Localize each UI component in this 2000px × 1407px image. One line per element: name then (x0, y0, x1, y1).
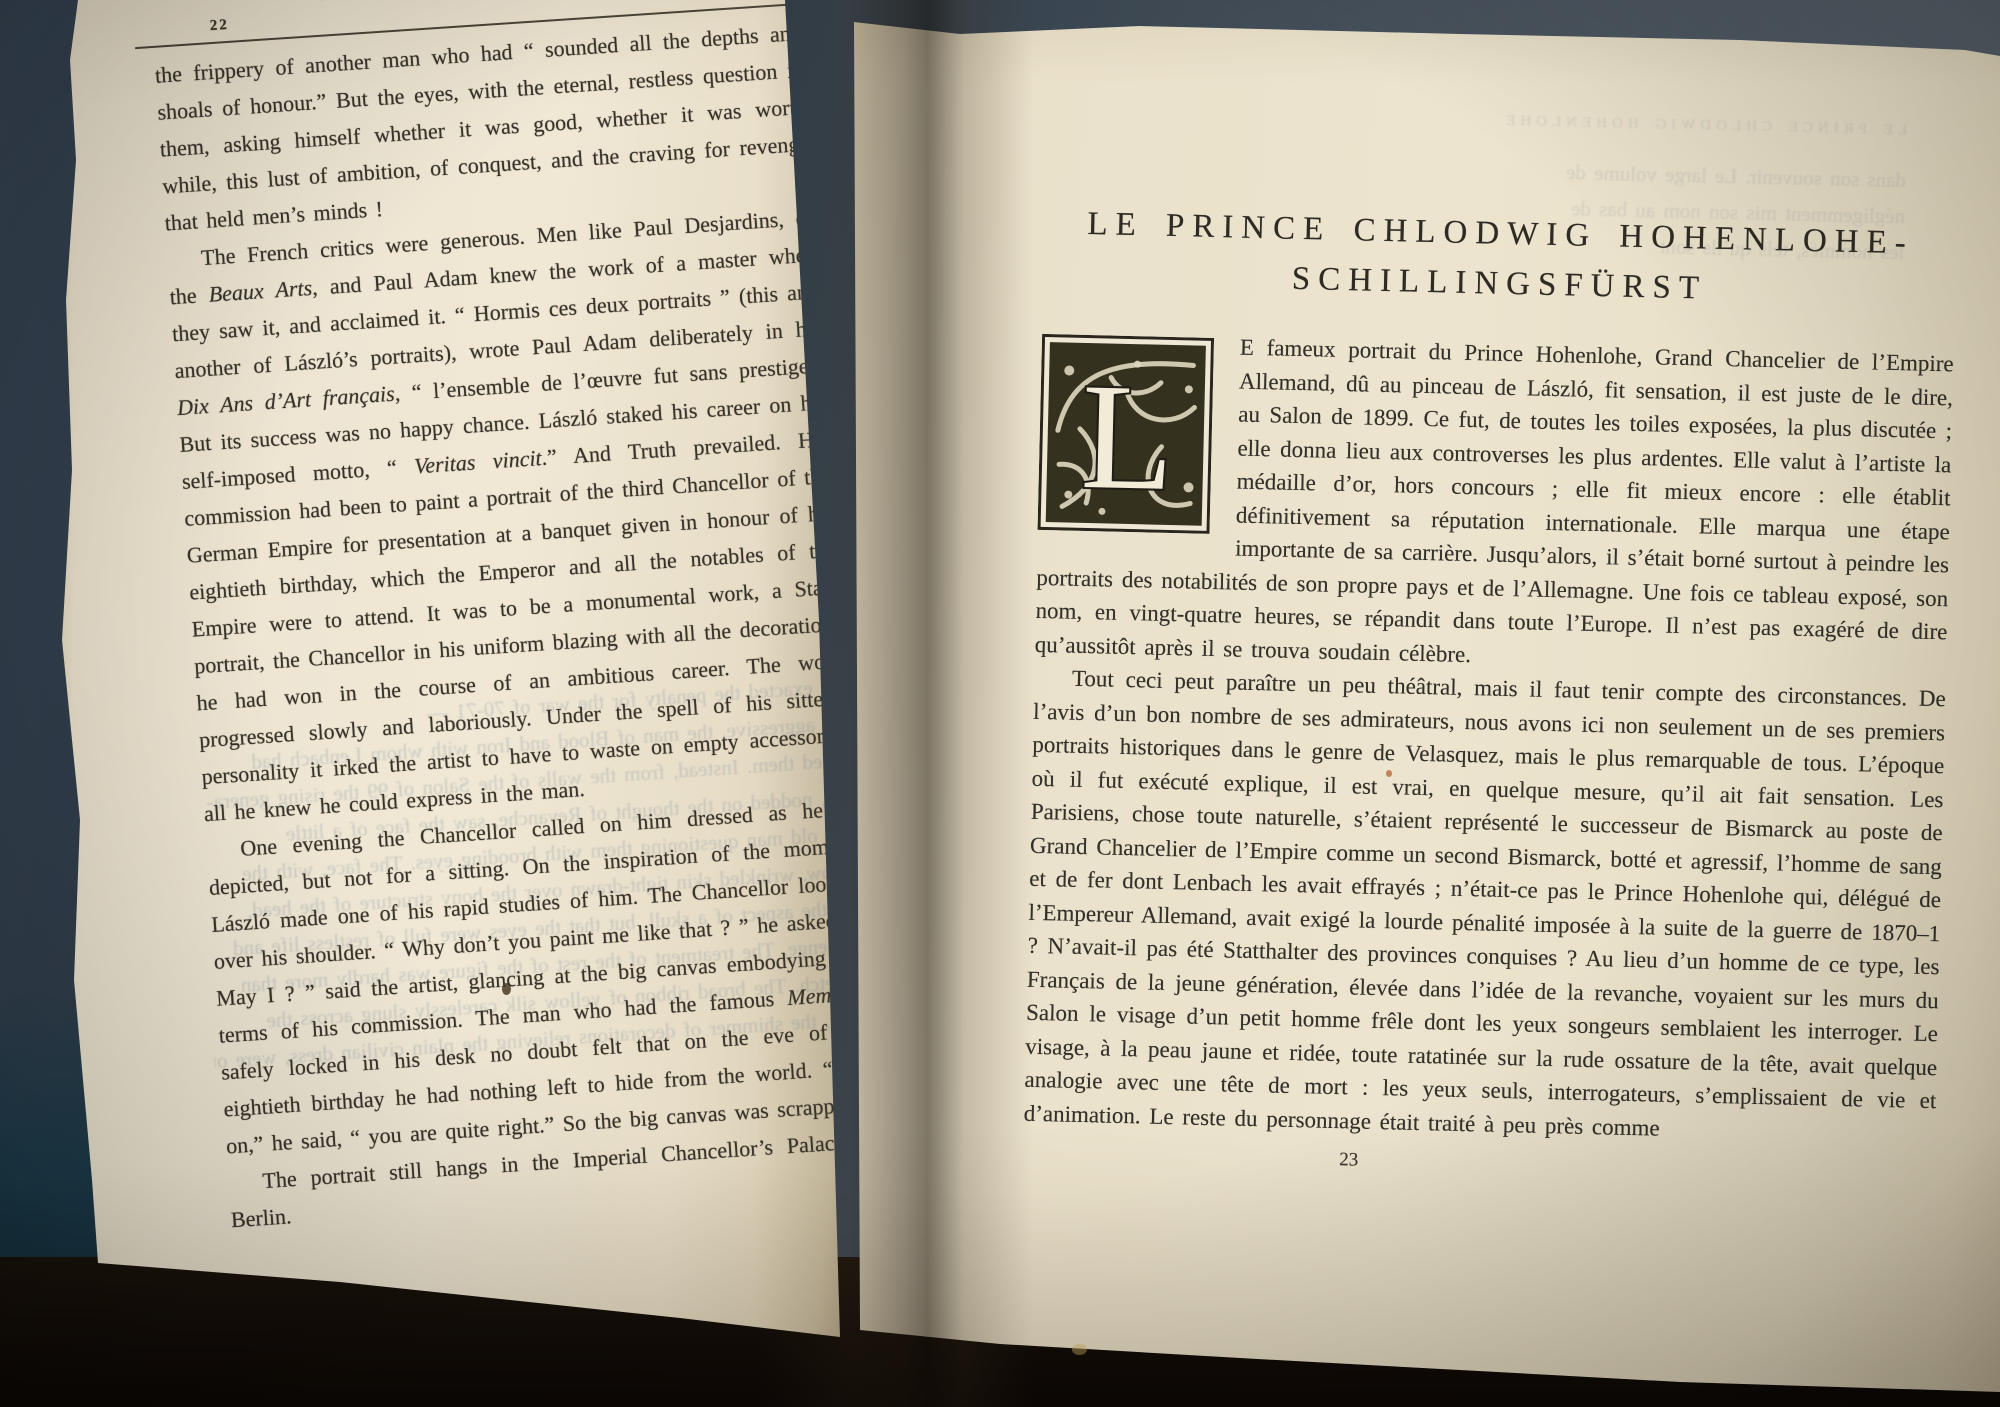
book-photo: 22 PRINCE CHLODWIG HOHENLOHE-SCHILLINGSF… (0, 0, 2000, 1407)
woodcut-initial-icon: L (1038, 334, 1215, 534)
stain-speck (1386, 770, 1392, 777)
bleed-running-head: LE PRINCE CHLODWIG HOHENLOHE (1197, 96, 1908, 149)
right-page: LE PRINCE CHLODWIG HOHENLOHE dans son so… (840, 0, 2000, 1407)
left-page: 22 PRINCE CHLODWIG HOHENLOHE-SCHILLINGSF… (40, 0, 850, 1352)
stain-speck (502, 983, 511, 995)
left-running-head: PRINCE CHLODWIG HOHENLOHE-SCHILLINGSFÜRS… (319, 0, 914, 13)
stain-speck (1072, 1344, 1087, 1355)
left-page-content: 22 PRINCE CHLODWIG HOHENLOHE-SCHILLINGSF… (150, 0, 879, 1238)
svg-text:L: L (1079, 352, 1176, 522)
left-body-text: the frippery of another man who had “ so… (154, 14, 879, 1238)
paragraph: One evening the Chancellor called on him… (205, 789, 874, 1164)
decorated-initial-L: L (1038, 334, 1215, 534)
paragraph: Tout ceci peut paraître un peu théâtral,… (1023, 661, 1946, 1151)
right-body-text: L E fameux portrait du Prince Hohenlohe,… (1022, 326, 1954, 1191)
paragraph: The French critics were generous. Men li… (166, 199, 852, 833)
left-page-number: 22 (209, 7, 230, 45)
right-page-content: LE PRINCE CHLODWIG HOHENLOHE dans son so… (1022, 0, 1961, 1191)
